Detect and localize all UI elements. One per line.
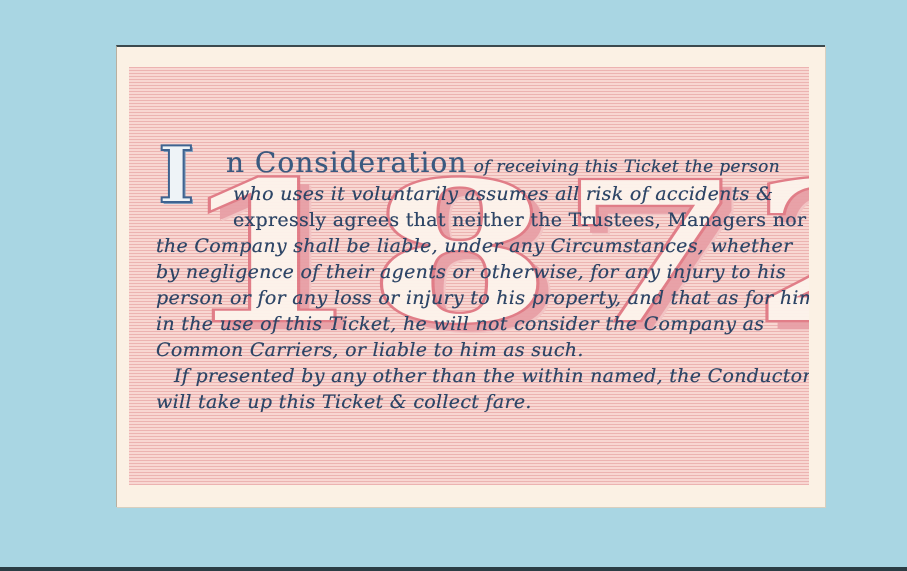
terms-line-2: who uses it voluntarily assumes all risk… [233,185,773,204]
terms-line-1-text: of receiving this Ticket the person [474,157,780,177]
terms-line-7: in the use of this Ticket, he will not c… [156,315,764,334]
drop-cap-initial: I [158,137,195,215]
terms-line-10: will take up this Ticket & collect fare. [156,393,532,412]
terms-heading: n Consideration [226,146,467,179]
terms-line-1: n Consideration of receiving this Ticket… [226,149,780,177]
terms-line-5: by negligence of their agents or otherwi… [156,263,786,282]
printed-field: 1872 I n Consideration of receiving this… [129,67,809,485]
ticket-card: 1872 I n Consideration of receiving this… [116,45,825,507]
terms-line-4: the Company shall be liable, under any C… [156,237,793,256]
terms-line-8: Common Carriers, or liable to him as suc… [156,341,584,360]
frame-bottom-edge [0,567,907,571]
terms-line-3: expressly agrees that neither the Truste… [233,211,806,230]
terms-line-9: If presented by any other than the withi… [174,367,809,386]
terms-line-6: person or for any loss or injury to his … [156,289,809,308]
